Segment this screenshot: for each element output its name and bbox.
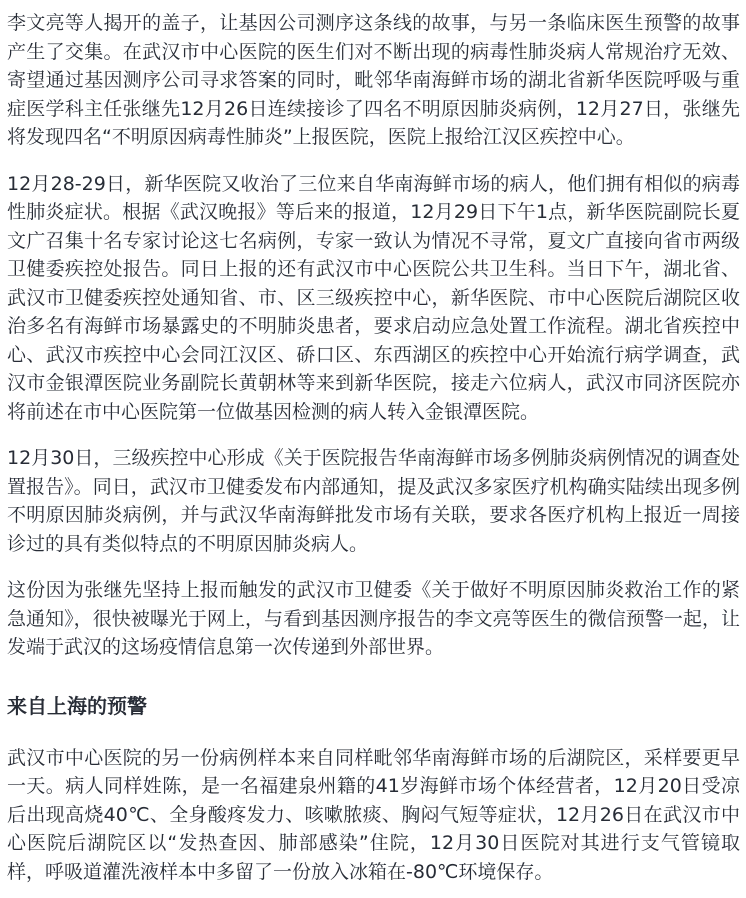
article-paragraph-4: 这份因为张继先坚持上报而触发的武汉市卫健委《关于做好不明原因肺炎救治工作的紧急通… — [7, 576, 740, 662]
article-paragraph-1: 李文亮等人揭开的盖子，让基因公司测序这条线的故事，与另一条临床医生预警的故事产生… — [7, 9, 740, 152]
section-heading: 来自上海的预警 — [7, 692, 740, 720]
article-body: 李文亮等人揭开的盖子，让基因公司测序这条线的故事，与另一条临床医生预警的故事产生… — [0, 0, 746, 898]
article-paragraph-5: 武汉市中心医院的另一份病例样本来自同样毗邻华南海鲜市场的后湖院区，采样要更早一天… — [7, 744, 740, 887]
article-paragraph-2: 12月28-29日，新华医院又收治了三位来自华南海鲜市场的病人，他们拥有相似的病… — [7, 170, 740, 427]
article-paragraph-3: 12月30日，三级疾控中心形成《关于医院报告华南海鲜市场多例肺炎病例情况的调查处… — [7, 444, 740, 558]
